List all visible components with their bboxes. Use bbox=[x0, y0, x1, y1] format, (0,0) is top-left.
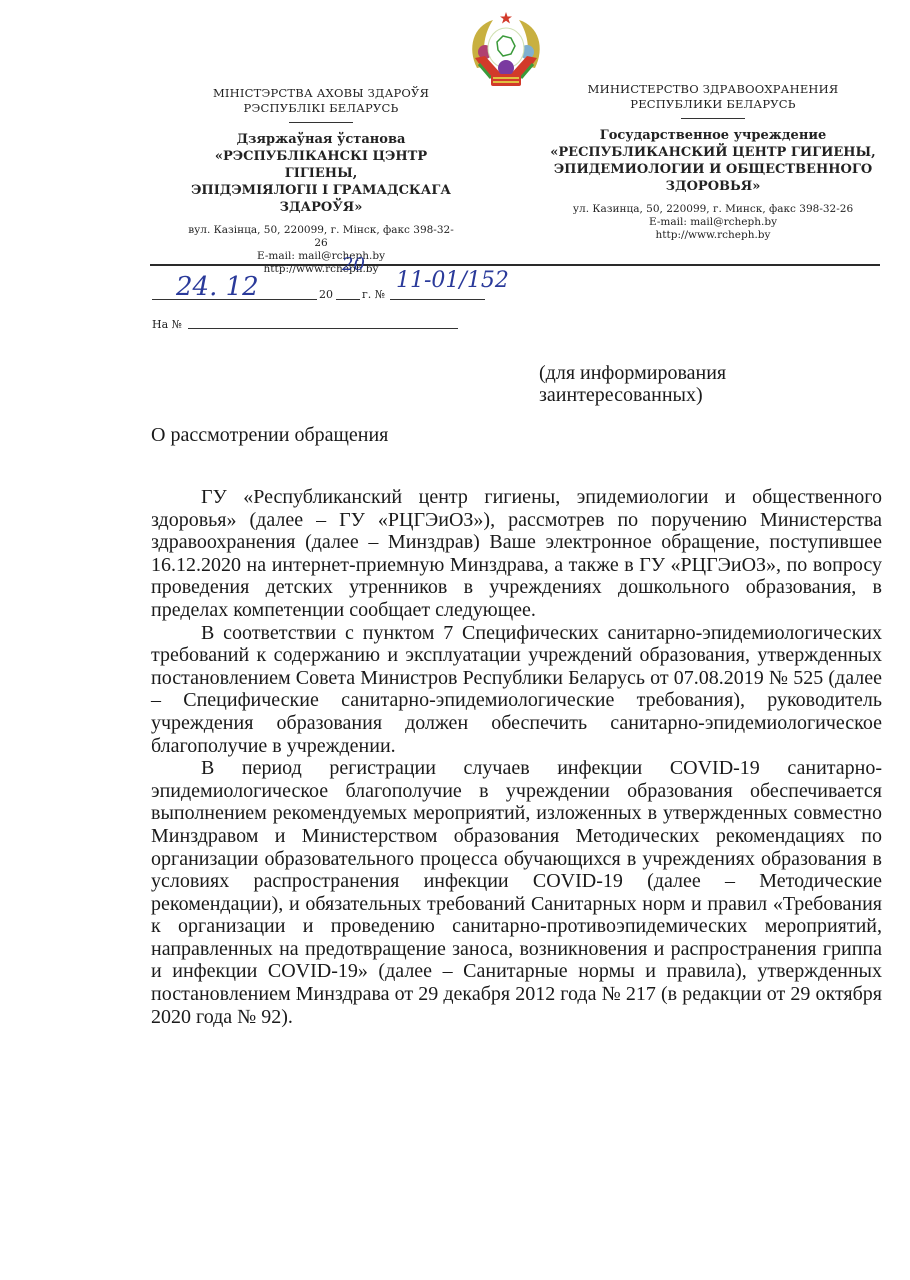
body-paragraph: В период регистрации случаев инфекции CO… bbox=[151, 757, 882, 1028]
coat-of-arms-emblem bbox=[463, 8, 549, 92]
letter-body: ГУ «Республиканский центр гигиены, эпиде… bbox=[151, 486, 882, 1028]
institution-name-by-line1: «РЭСПУБЛІКАНСКІ ЦЭНТР ГІГІЕНЫ, bbox=[186, 148, 456, 182]
address-ru: ул. Казинца, 50, 220099, г. Минск, факс … bbox=[548, 203, 878, 216]
letter-subject: О рассмотрении обращения bbox=[151, 424, 388, 447]
addressee-block: (для информирования заинтересованных) bbox=[539, 362, 726, 406]
institution-name-ru-line1: «РЕСПУБЛИКАНСКИЙ ЦЕНТР ГИГИЕНЫ, bbox=[548, 144, 878, 161]
reply-to-underline bbox=[188, 328, 458, 329]
ministry-name-ru-line1: МИНИСТЕРСТВО ЗДРАВООХРАНЕНИЯ bbox=[548, 82, 878, 97]
letterhead-belarusian: МІНІСТЭРСТВА АХОВЫ ЗДАРОЎЯ РЭСПУБЛІКІ БЕ… bbox=[186, 86, 456, 276]
institution-name-by-line2: ЭПІДЭМІЯЛОГІІ І ГРАМАДСКАГА bbox=[186, 182, 456, 199]
website-ru: http://www.rcheph.by bbox=[548, 229, 878, 242]
handwritten-number: 11-01/152 bbox=[396, 268, 509, 293]
email-ru: E-mail: mail@rcheph.by bbox=[548, 216, 878, 229]
body-paragraph: В соответствии с пунктом 7 Специфических… bbox=[151, 622, 882, 758]
addressee-line2: заинтересованных) bbox=[539, 384, 726, 406]
address-by: вул. Казінца, 50, 220099, г. Мінск, факс… bbox=[186, 224, 456, 250]
header-divider bbox=[289, 122, 353, 123]
handwritten-year: 20 bbox=[342, 254, 365, 275]
body-paragraph: ГУ «Республиканский центр гигиены, эпиде… bbox=[151, 486, 882, 622]
ministry-name-ru-line2: РЕСПУБЛИКИ БЕЛАРУСЬ bbox=[548, 97, 878, 112]
number-label: г. № bbox=[362, 288, 385, 301]
ministry-name-by-line1: МІНІСТЭРСТВА АХОВЫ ЗДАРОЎЯ bbox=[186, 86, 456, 101]
institution-name-ru-line3: ЗДОРОВЬЯ» bbox=[548, 178, 878, 195]
institution-name-ru-line2: ЭПИДЕМИОЛОГИИ И ОБЩЕСТВЕННОГО bbox=[548, 161, 878, 178]
number-underline bbox=[390, 299, 485, 300]
year-underline bbox=[336, 299, 360, 300]
ministry-name-by-line2: РЭСПУБЛІКІ БЕЛАРУСЬ bbox=[186, 101, 456, 116]
year-prefix: 20 bbox=[319, 288, 333, 301]
institution-type-ru: Государственное учреждение bbox=[548, 127, 878, 144]
letterhead-russian: МИНИСТЕРСТВО ЗДРАВООХРАНЕНИЯ РЕСПУБЛИКИ … bbox=[548, 82, 878, 242]
institution-type-by: Дзяржаўная ўстанова bbox=[186, 131, 456, 148]
email-by: E-mail: mail@rcheph.by bbox=[186, 250, 456, 263]
institution-name-by-line3: ЗДАРОЎЯ» bbox=[186, 199, 456, 216]
reply-to-label: На № bbox=[152, 318, 182, 331]
addressee-line1: (для информирования bbox=[539, 362, 726, 384]
header-divider bbox=[681, 118, 745, 119]
handwritten-date: 24. 12 bbox=[176, 272, 259, 302]
letterhead-rule bbox=[150, 264, 880, 266]
